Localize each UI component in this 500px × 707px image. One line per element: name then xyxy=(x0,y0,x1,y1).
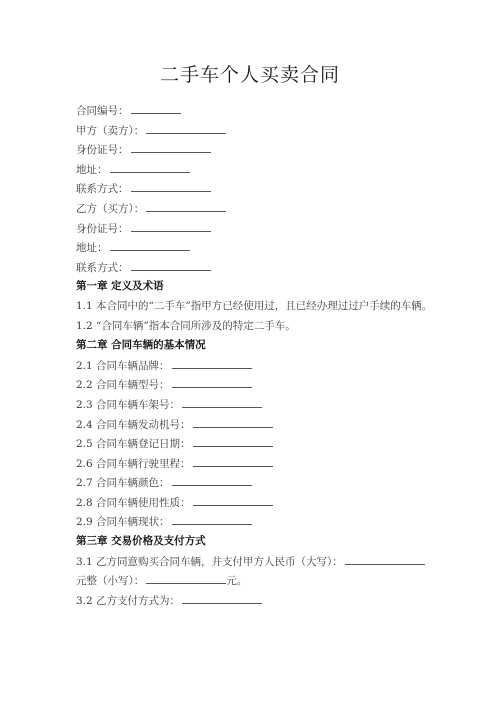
field-label: 2.2 合同车辆型号： xyxy=(76,379,170,391)
seller-name-blank[interactable] xyxy=(146,121,226,134)
seller-id-field: 身份证号： xyxy=(76,140,436,160)
amount-lower-label: 元整（小写）： xyxy=(76,575,144,587)
buyer-id-blank[interactable] xyxy=(131,219,211,232)
payment-method-label: 3.2 乙方支付方式为： xyxy=(76,595,180,607)
field-label: 地址： xyxy=(76,242,108,254)
seller-address-field: 地址： xyxy=(76,160,436,180)
vehicle-engine-field: 2.4 合同车辆发动机号： xyxy=(76,415,436,435)
chapter-2-heading: 第二章 合同车辆的基本情况 xyxy=(76,336,436,356)
field-label: 2.4 合同车辆发动机号： xyxy=(76,419,191,431)
field-label: 2.1 合同车辆品牌： xyxy=(76,360,170,372)
chapter-3-heading: 第三章 交易价格及支付方式 xyxy=(76,532,436,552)
field-label: 联系方式： xyxy=(76,262,129,274)
field-label: 地址： xyxy=(76,164,108,176)
amount-upper-blank[interactable] xyxy=(345,552,425,565)
buyer-address-field: 地址： xyxy=(76,238,436,258)
seller-id-blank[interactable] xyxy=(131,140,211,153)
field-label: 2.7 合同车辆颜色： xyxy=(76,477,170,489)
document-title: 二手车个人买卖合同 xyxy=(0,60,500,87)
vehicle-vin-blank[interactable] xyxy=(182,395,262,408)
field-label: 2.3 合同车辆车架号： xyxy=(76,399,180,411)
buyer-field: 乙方（买方）： xyxy=(76,199,436,219)
clause-1-2: 1.2 “合同车辆”指本合同所涉及的特定二手车。 xyxy=(76,317,436,337)
amount-lower-blank[interactable] xyxy=(146,571,226,584)
vehicle-model-blank[interactable] xyxy=(172,375,252,388)
seller-contact-blank[interactable] xyxy=(131,179,211,192)
field-label: 2.6 合同车辆行驶里程： xyxy=(76,458,191,470)
vehicle-usage-field: 2.8 合同车辆使用性质： xyxy=(76,493,436,513)
buyer-contact-blank[interactable] xyxy=(131,258,211,271)
payment-method-blank[interactable] xyxy=(182,591,262,604)
field-label: 身份证号： xyxy=(76,144,129,156)
field-label: 2.9 合同车辆现状： xyxy=(76,516,170,528)
field-label: 甲方（卖方）： xyxy=(76,125,144,137)
clause-3-1-line-1: 3.1 乙方同意购买合同车辆，并支付甲方人民币（大写）： xyxy=(76,552,436,572)
vehicle-mileage-blank[interactable] xyxy=(193,454,273,467)
vehicle-condition-blank[interactable] xyxy=(172,512,252,525)
vehicle-model-field: 2.2 合同车辆型号： xyxy=(76,375,436,395)
contract-number-field: 合同编号： xyxy=(76,101,436,121)
vehicle-brand-field: 2.1 合同车辆品牌： xyxy=(76,356,436,376)
buyer-contact-field: 联系方式： xyxy=(76,258,436,278)
chapter-1-heading: 第一章 定义及术语 xyxy=(76,277,436,297)
vehicle-color-blank[interactable] xyxy=(172,473,252,486)
vehicle-condition-field: 2.9 合同车辆现状： xyxy=(76,512,436,532)
field-label: 身份证号： xyxy=(76,223,129,235)
vehicle-engine-blank[interactable] xyxy=(193,415,273,428)
amount-suffix: 元。 xyxy=(226,575,247,587)
vehicle-vin-field: 2.3 合同车辆车架号： xyxy=(76,395,436,415)
vehicle-registration-date-field: 2.5 合同车辆登记日期： xyxy=(76,434,436,454)
buyer-name-blank[interactable] xyxy=(146,199,226,212)
seller-field: 甲方（卖方）： xyxy=(76,121,436,141)
contract-page: 二手车个人买卖合同 合同编号： 甲方（卖方）： 身份证号： 地址： 联系方式： … xyxy=(0,0,500,707)
contract-number-blank[interactable] xyxy=(131,101,181,114)
field-label: 2.5 合同车辆登记日期： xyxy=(76,438,191,450)
clause-3-2: 3.2 乙方支付方式为： xyxy=(76,591,436,611)
clause-1-1: 1.1 本合同中的“二手车”指甲方已经使用过，且已经办理过过户手续的车辆。 xyxy=(76,297,436,317)
field-label: 2.8 合同车辆使用性质： xyxy=(76,497,191,509)
buyer-id-field: 身份证号： xyxy=(76,219,436,239)
seller-address-blank[interactable] xyxy=(110,160,190,173)
contract-body: 合同编号： 甲方（卖方）： 身份证号： 地址： 联系方式： 乙方（买方）： 身份… xyxy=(76,101,436,610)
vehicle-registration-date-blank[interactable] xyxy=(193,434,273,447)
clause-3-1-line-2: 元整（小写）：元。 xyxy=(76,571,436,591)
seller-contact-field: 联系方式： xyxy=(76,179,436,199)
vehicle-mileage-field: 2.6 合同车辆行驶里程： xyxy=(76,454,436,474)
field-label: 联系方式： xyxy=(76,183,129,195)
vehicle-color-field: 2.7 合同车辆颜色： xyxy=(76,473,436,493)
field-label: 乙方（买方）： xyxy=(76,203,144,215)
vehicle-brand-blank[interactable] xyxy=(172,356,252,369)
buyer-address-blank[interactable] xyxy=(110,238,190,251)
clause-3-1-text: 3.1 乙方同意购买合同车辆，并支付甲方人民币（大写）： xyxy=(76,556,343,568)
vehicle-usage-blank[interactable] xyxy=(193,493,273,506)
field-label: 合同编号： xyxy=(76,105,129,117)
